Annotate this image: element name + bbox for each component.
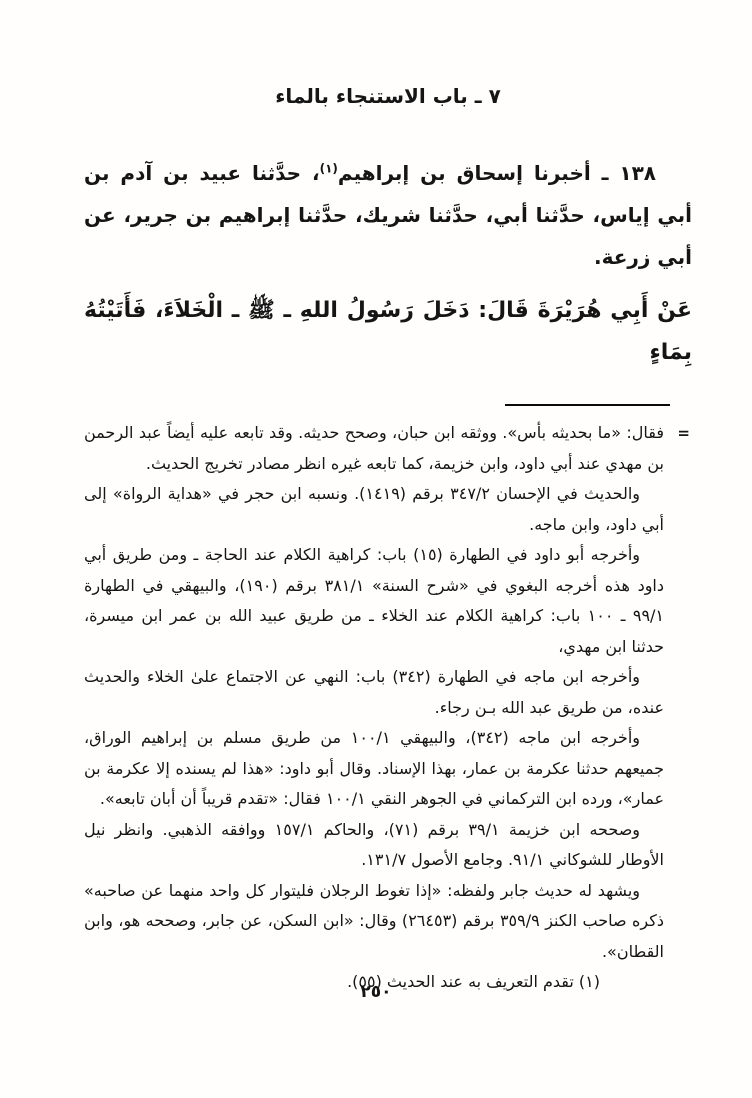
footnote-continuation: =فقال: «ما بحديثه بأس». ووثقه ابن حبان، … — [84, 418, 664, 479]
footnote-paragraph: وصححه ابن خزيمة ٣٩/١ برقم (٧١)، والحاكم … — [84, 815, 664, 876]
footnote-paragraph: وأخرجه أبو داود في الطهارة (١٥) باب: كرا… — [84, 540, 664, 662]
footnote-paragraph: والحديث في الإحسان ٣٤٧/٢ برقم (١٤١٩). ون… — [84, 479, 664, 540]
scanned-book-page: ٧ ـ باب الاستنجاء بالماء ١٣٨ ـ أخبرنا إس… — [0, 0, 752, 1098]
footnote-reference-mark: (١) — [320, 161, 338, 175]
footnote-continuation-text: فقال: «ما بحديثه بأس». ووثقه ابن حبان، و… — [84, 423, 664, 473]
isnad-text-start: ١٣٨ ـ أخبرنا إسحاق بن إبراهيم — [338, 161, 656, 185]
footnote-paragraph: وأخرجه ابن ماجه (٣٤٢)، والبيهقي ١٠٠/١ من… — [84, 723, 664, 815]
footnote-paragraph: وأخرجه ابن ماجه في الطهارة (٣٤٢) باب: ال… — [84, 662, 664, 723]
page-content: ٧ ـ باب الاستنجاء بالماء ١٣٨ ـ أخبرنا إس… — [0, 0, 752, 998]
page-number: ٢٥٠ — [0, 982, 752, 1002]
footnote-paragraph: ويشهد له حديث جابر ولفظه: «إذا تغوط الرج… — [84, 876, 664, 968]
footnote-separator-rule — [505, 404, 670, 406]
chapter-title: ٧ ـ باب الاستنجاء بالماء — [84, 84, 692, 108]
hadith-isnad-paragraph: ١٣٨ ـ أخبرنا إسحاق بن إبراهيم(١)، حدَّثن… — [84, 152, 692, 278]
continuation-marker: = — [677, 418, 690, 449]
footnotes-block: =فقال: «ما بحديثه بأس». ووثقه ابن حبان، … — [84, 418, 664, 998]
hadith-matn-line: عَنْ أَبِي هُرَيْرَةَ قَالَ: دَخَلَ رَسُ… — [84, 290, 692, 374]
